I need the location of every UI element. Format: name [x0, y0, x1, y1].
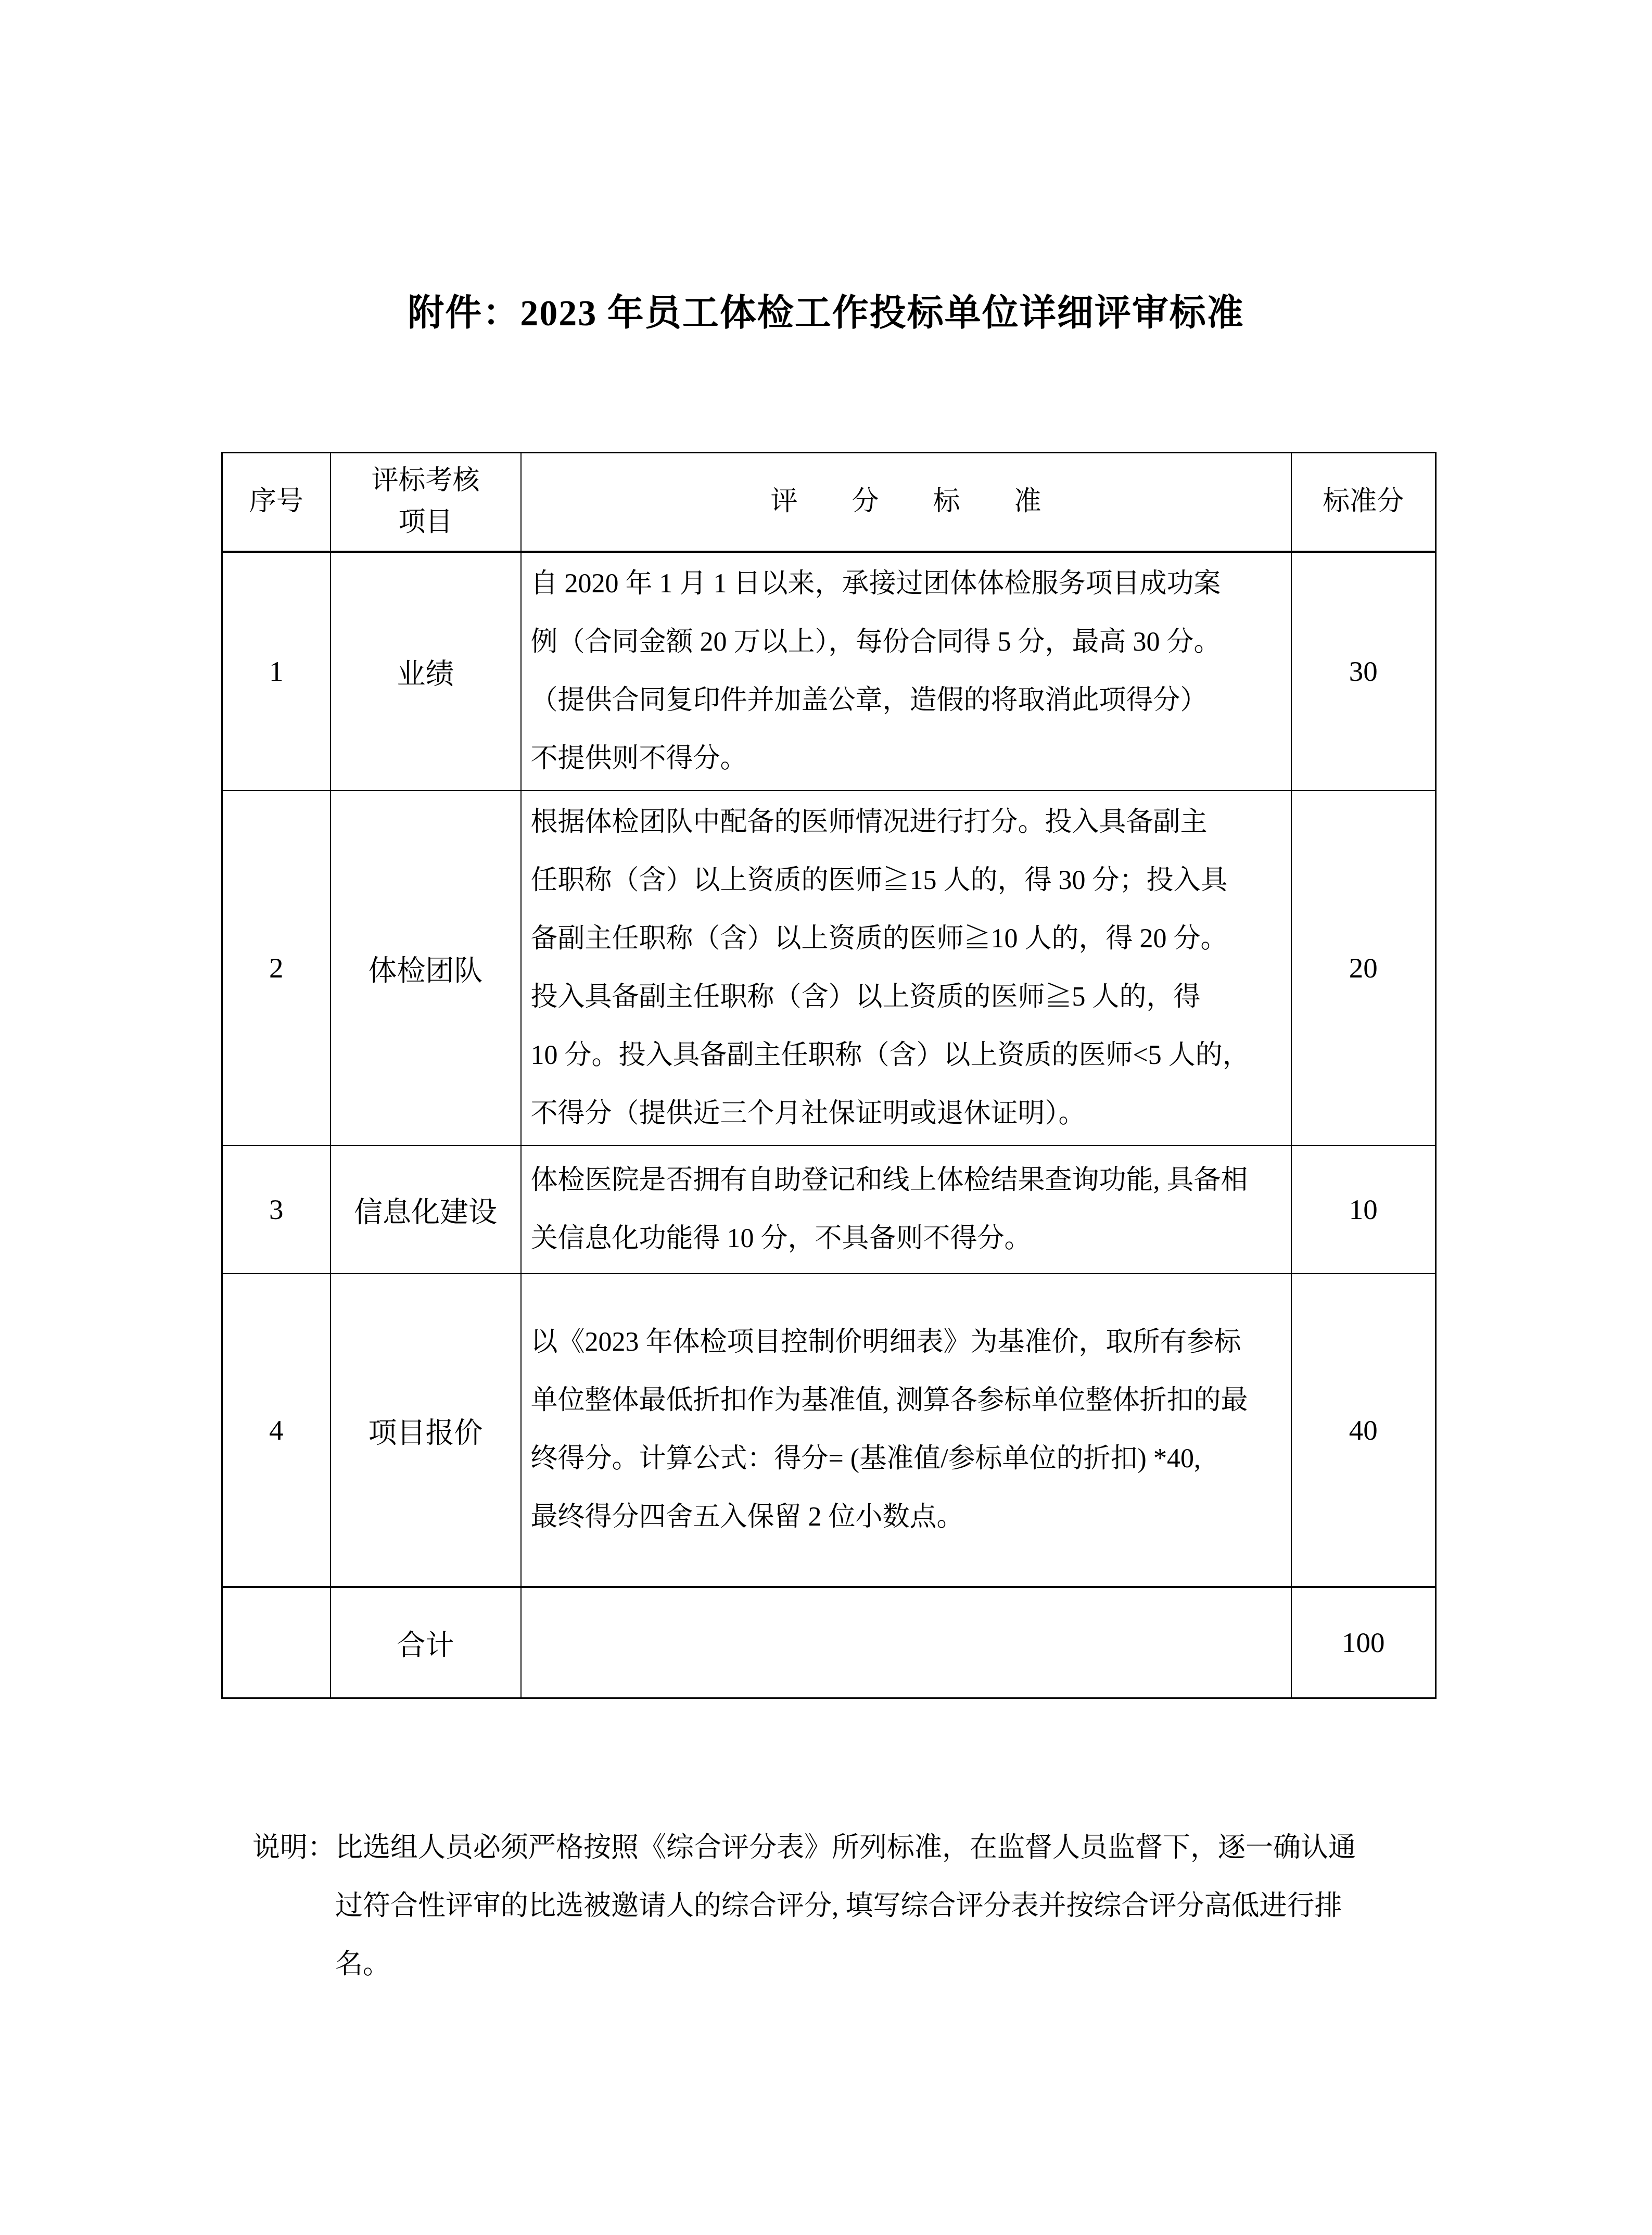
cell-index: 2: [222, 791, 331, 1146]
cell-item: 项目报价: [331, 1274, 521, 1587]
cell-index: 3: [222, 1146, 331, 1274]
cell-item: 体检团队: [331, 791, 521, 1146]
footnote-text: 比选组人员必须严格按照《综合评分表》所列标准，在监督人员监督下，逐一确认通 过符…: [335, 1819, 1439, 1993]
table-total-row: 合计 100: [222, 1587, 1436, 1698]
cell-criteria: 自 2020 年 1 月 1 日以来，承接过团体体检服务项目成功案 例（合同金额…: [521, 552, 1291, 791]
cell-criteria: 根据体检团队中配备的医师情况进行打分。投入具备副主 任职称（含）以上资质的医师≧…: [521, 791, 1291, 1146]
cell-item: 合计: [331, 1587, 521, 1698]
cell-index: 4: [222, 1274, 331, 1587]
footnote-label: 说明：: [252, 1819, 335, 1877]
document-title: 附件：2023 年员工体检工作投标单位详细评审标准: [0, 284, 1652, 336]
cell-score: 40: [1291, 1274, 1436, 1587]
cell-item: 业绩: [331, 552, 521, 791]
cell-index: 1: [222, 552, 331, 791]
cell-criteria: [521, 1587, 1291, 1698]
header-score: 标准分: [1291, 453, 1436, 552]
table-row: 3 信息化建设 体检医院是否拥有自助登记和线上体检结果查询功能, 具备相 关信息…: [222, 1146, 1436, 1274]
cell-criteria: 体检医院是否拥有自助登记和线上体检结果查询功能, 具备相 关信息化功能得 10 …: [521, 1146, 1291, 1274]
table-header-row: 序号 评标考核 项目 评 分 标 准 标准分: [222, 453, 1436, 552]
header-criteria: 评 分 标 准: [521, 453, 1291, 552]
cell-criteria: 以《2023 年体检项目控制价明细表》为基准价，取所有参标 单位整体最低折扣作为…: [521, 1274, 1291, 1587]
header-index: 序号: [222, 453, 331, 552]
cell-score: 20: [1291, 791, 1436, 1146]
cell-score: 30: [1291, 552, 1436, 791]
table-row: 1 业绩 自 2020 年 1 月 1 日以来，承接过团体体检服务项目成功案 例…: [222, 552, 1436, 791]
cell-index: [222, 1587, 331, 1698]
footnote: 说明： 比选组人员必须严格按照《综合评分表》所列标准，在监督人员监督下，逐一确认…: [252, 1819, 1439, 1993]
table-row: 4 项目报价 以《2023 年体检项目控制价明细表》为基准价，取所有参标 单位整…: [222, 1274, 1436, 1587]
cell-score: 10: [1291, 1146, 1436, 1274]
page: { "page": { "title": "附件：2023 年员工体检工作投标单…: [0, 0, 1652, 2235]
table-row: 2 体检团队 根据体检团队中配备的医师情况进行打分。投入具备副主 任职称（含）以…: [222, 791, 1436, 1146]
cell-score: 100: [1291, 1587, 1436, 1698]
header-item: 评标考核 项目: [331, 453, 521, 552]
cell-item: 信息化建设: [331, 1146, 521, 1274]
evaluation-table: 序号 评标考核 项目 评 分 标 准 标准分 1 业绩 自 2020 年 1 月…: [221, 452, 1437, 1699]
